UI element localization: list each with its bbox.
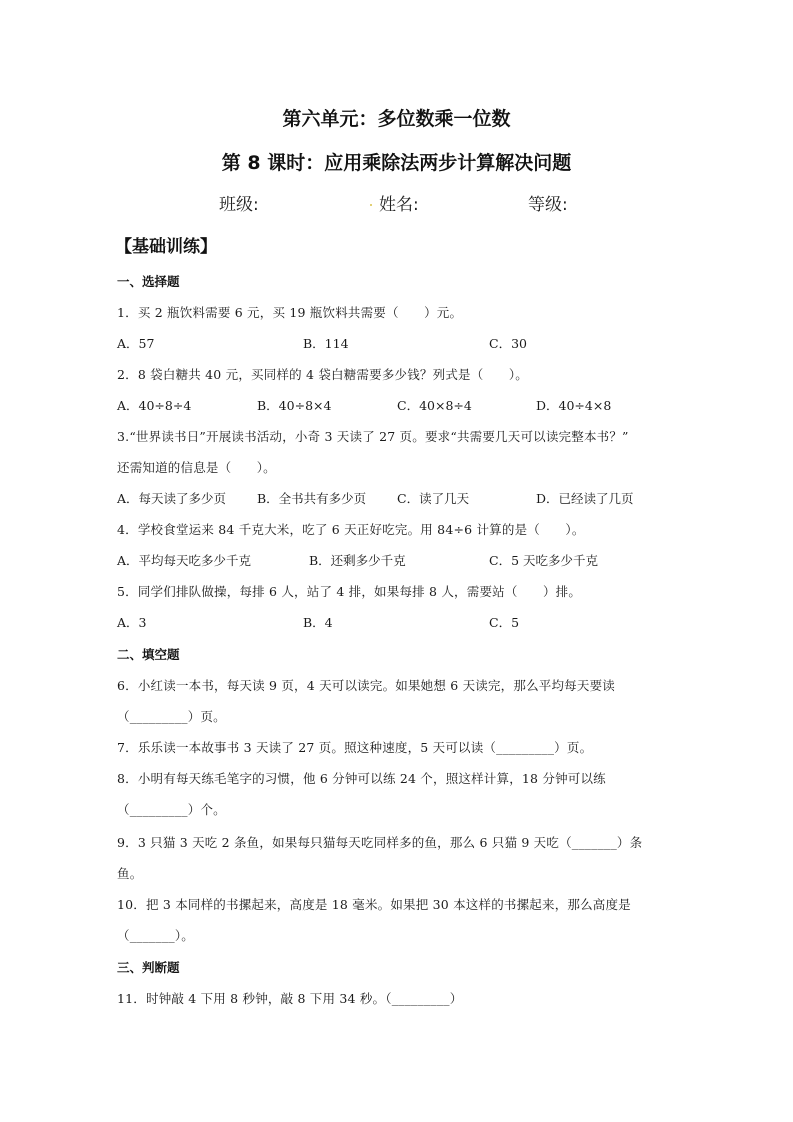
choice-section-heading: 一、选择题 [117,272,180,290]
question-10-line-2: （_______）。 [117,926,194,944]
q5-option-b: B．4 [303,613,333,631]
question-9-line-1: 9．3 只猫 3 天吃 2 条鱼，如果每只猫每天吃同样多的鱼，那么 6 只猫 9… [117,833,642,851]
q2-option-c: C．40×8÷4 [397,396,472,414]
q1-option-a: A．57 [117,334,154,352]
q1-option-b: B．114 [303,334,349,352]
question-8-line-1: 8．小明有每天练毛笔字的习惯，他 6 分钟可以练 24 个，照这样计算，18 分… [117,769,606,787]
lesson-title: 第 8 课时：应用乘除法两步计算解决问题 [0,148,793,175]
class-label: 班级: [219,190,259,215]
q3-option-b: B．全书共有多少页 [257,489,366,507]
unit-title: 第六单元：多位数乘一位数 [0,104,793,131]
stray-mark [370,204,372,206]
q3-option-c: C．读了几天 [397,489,469,507]
question-7: 7．乐乐读一本故事书 3 天读了 27 页。照这种速度，5 天可以读（_____… [117,738,592,756]
grade-label: 等级: [528,190,568,215]
q3-option-a: A．每天读了多少页 [117,489,226,507]
question-1: 1．买 2 瓶饮料需要 6 元，买 19 瓶饮料共需要（ ）元。 [117,303,462,321]
question-6-line-1: 6．小红读一本书，每天读 9 页，4 天可以读完。如果她想 6 天读完，那么平均… [117,676,615,694]
q5-option-c: C．5 [489,613,519,631]
q5-option-a: A．3 [117,613,146,631]
question-5: 5．同学们排队做操，每排 6 人，站了 4 排，如果每排 8 人，需要站（ ）排… [117,582,581,600]
q4-option-b: B．还剩多少千克 [309,551,406,569]
question-3-line-1: 3.“世界读书日”开展读书活动，小奇 3 天读了 27 页。要求“共需要几天可以… [117,427,629,445]
question-2: 2．8 袋白糖共 40 元，买同样的 4 袋白糖需要多少钱？列式是（ ）。 [117,365,528,383]
q4-option-a: A．平均每天吃多少千克 [117,551,251,569]
question-11: 11．时钟敲 4 下用 8 秒钟，敲 8 下用 34 秒。（_________） [117,989,462,1007]
q4-option-c: C．5 天吃多少千克 [489,551,598,569]
question-8-line-2: （_________）个。 [117,800,226,818]
fill-section-heading: 二、填空题 [117,645,180,663]
q3-option-d: D．已经读了几页 [536,489,634,507]
q2-option-b: B．40÷8×4 [257,396,331,414]
question-6-line-2: （_________）页。 [117,707,226,725]
q1-option-c: C．30 [489,334,527,352]
name-label: 姓名: [379,190,419,215]
question-10-line-1: 10．把 3 本同样的书摞起来，高度是 18 毫米。如果把 30 本这样的书摞起… [117,895,631,913]
question-9-line-2: 鱼。 [117,864,142,882]
question-4: 4．学校食堂运来 84 千克大米，吃了 6 天正好吃完。用 84÷6 计算的是（… [117,520,585,538]
q2-option-a: A．40÷8÷4 [117,396,191,414]
basic-training-heading: 【基础训练】 [115,232,217,257]
q2-option-d: D．40÷4×8 [536,396,611,414]
judge-section-heading: 三、判断题 [117,958,180,976]
question-3-line-2: 还需知道的信息是（ ）。 [117,458,276,476]
